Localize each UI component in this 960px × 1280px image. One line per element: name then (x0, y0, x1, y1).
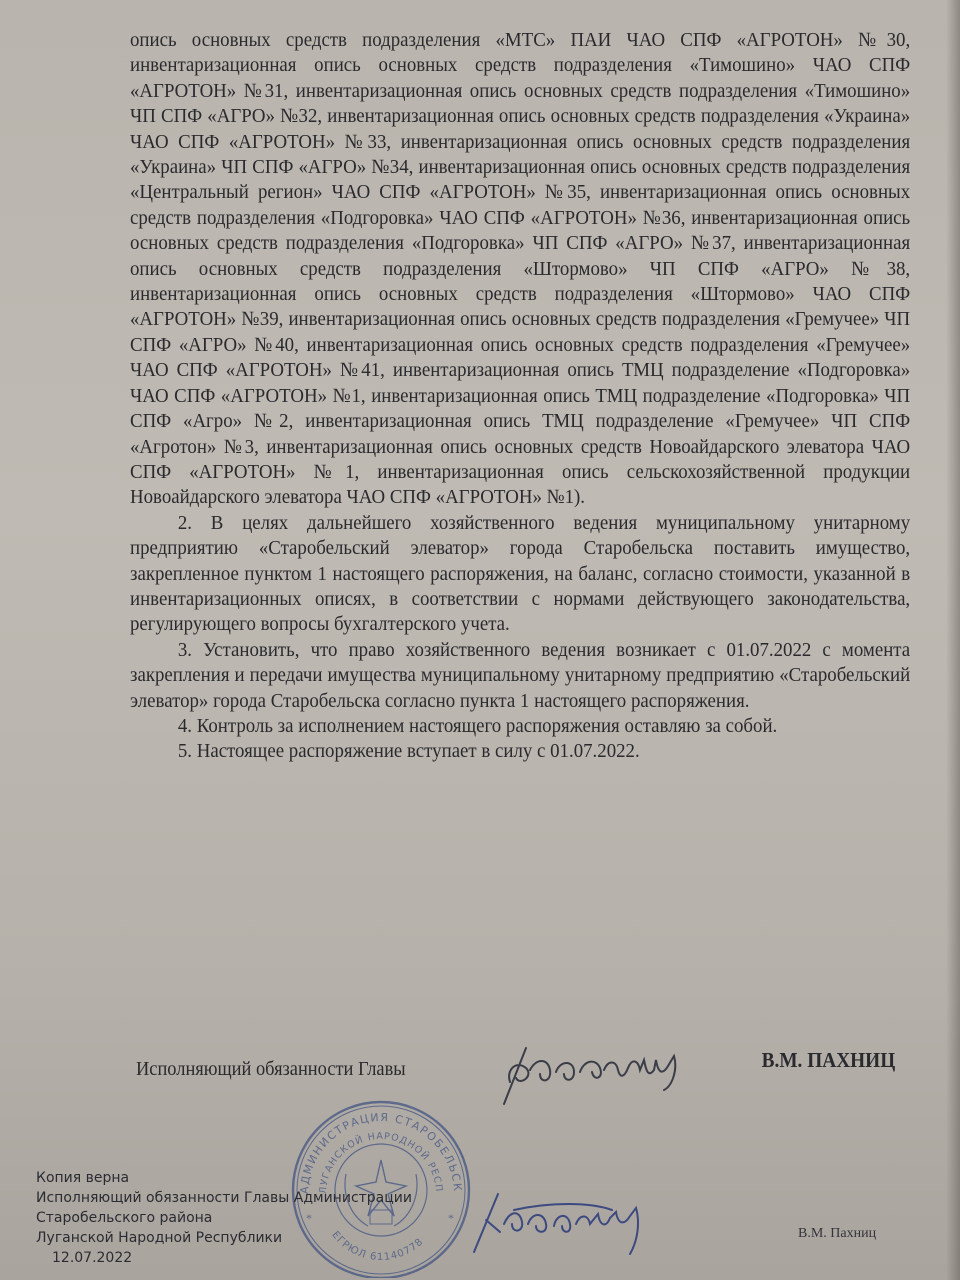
copy-line-position: Исполняющий обязанности Главы Администра… (36, 1188, 412, 1208)
document-body: опись основных средств подразделения «МТ… (130, 28, 910, 765)
copy-certification: Копия верна Исполняющий обязанности Глав… (36, 1168, 412, 1268)
copy-line-district: Старобельского района (36, 1208, 412, 1228)
copy-line-verified: Копия верна (36, 1168, 412, 1188)
svg-text:*: * (448, 1211, 454, 1225)
handwritten-signature-icon (496, 1030, 736, 1110)
signatory-name: В.М. ПАХНИЦ (762, 1048, 896, 1073)
copy-date: 12.07.2022 (36, 1248, 412, 1268)
paragraph-2: 2. В целях дальнейшего хозяйственного ве… (130, 511, 910, 638)
page-edge-shadow (946, 0, 960, 1280)
copy-signature-icon (470, 1180, 710, 1260)
signatory-title: Исполняющий обязанности Главы (136, 1058, 406, 1081)
paragraph-3: 3. Установить, что право хозяйственного … (130, 638, 910, 714)
paragraph-5: 5. Настоящее распоряжение вступает в сил… (130, 739, 910, 764)
paragraph-4: 4. Контроль за исполнением настоящего ра… (130, 714, 910, 739)
inventory-list-paragraph: опись основных средств подразделения «МТ… (130, 28, 910, 511)
copy-certifier-name: В.М. Пахниц (798, 1226, 876, 1242)
copy-line-republic: Луганской Народной Республики (36, 1228, 412, 1248)
